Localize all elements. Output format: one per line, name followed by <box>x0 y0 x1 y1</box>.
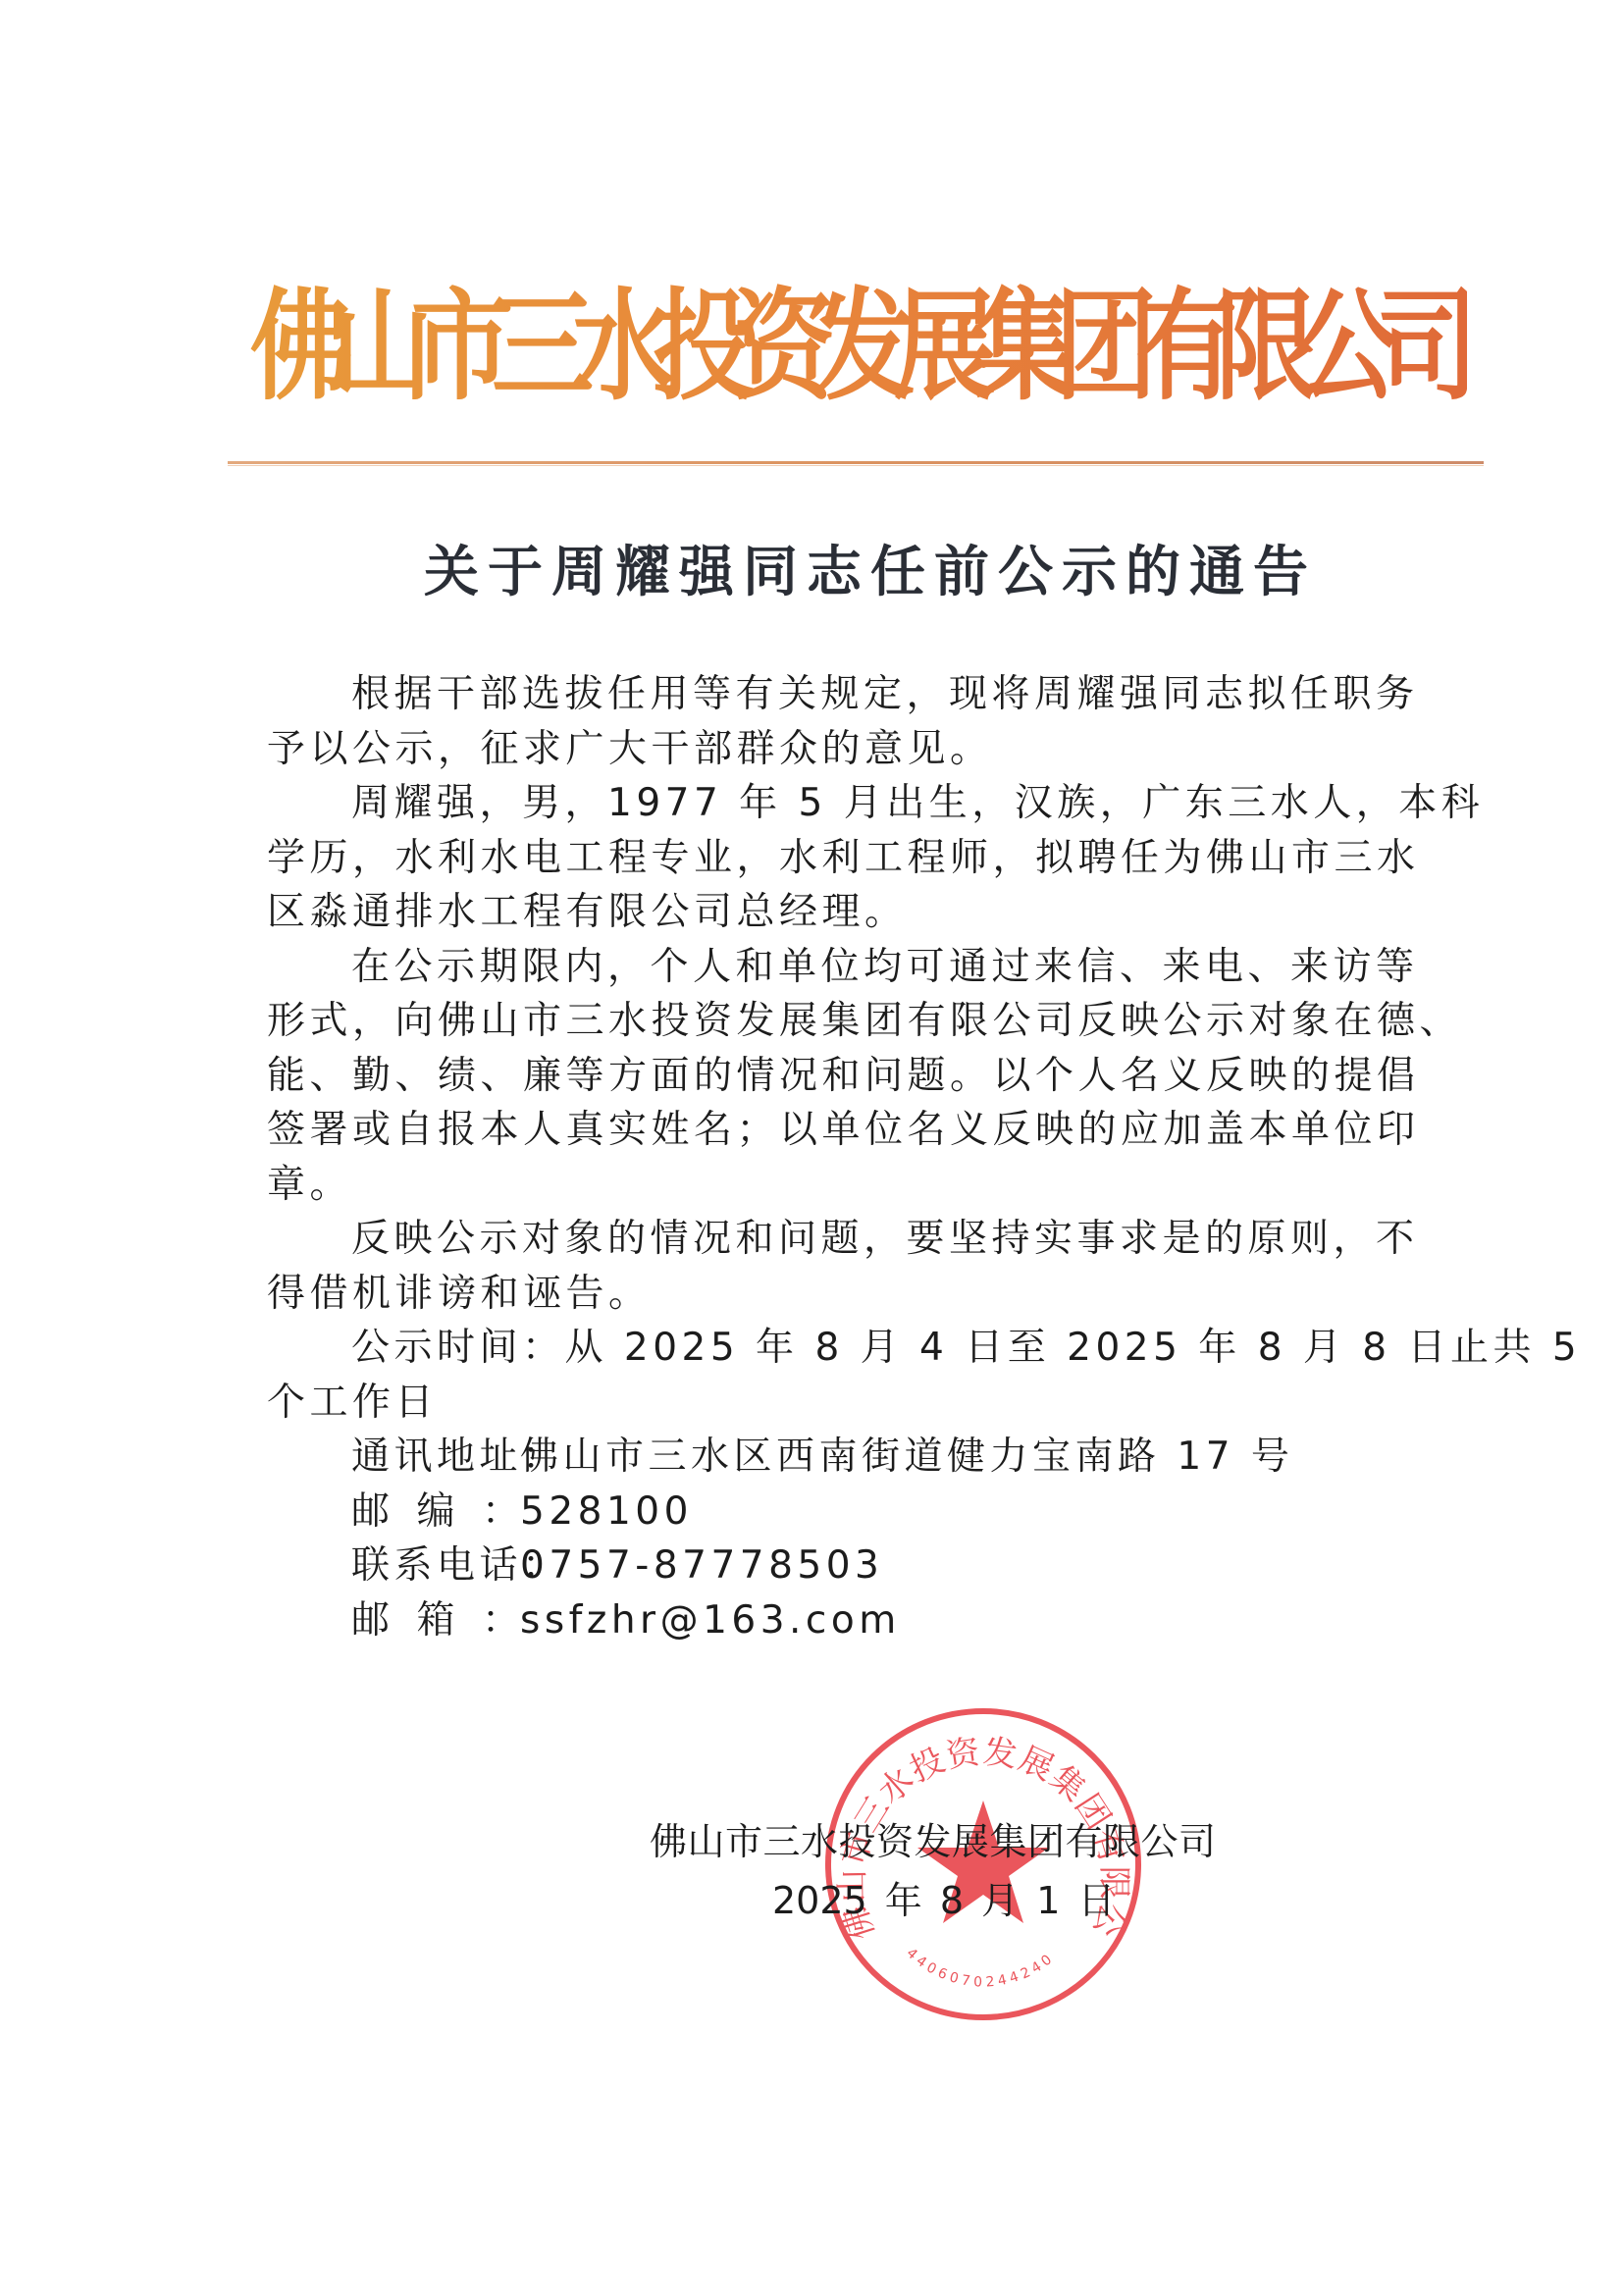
publicity-period-line: 公示时间：从 2025 年 8 月 4 日至 2025 年 8 月 8 日止共 … <box>267 1321 1427 1376</box>
contact-label: 联系电话： <box>351 1539 520 1593</box>
paragraph-line: 反映公示对象的情况和问题，要坚持实事求是的原则，不 <box>267 1212 1427 1267</box>
signature-date: 2025 年 8 月 1 日 <box>772 1876 1115 1925</box>
paragraph-line: 形式，向佛山市三水投资发展集团有限公司反映公示对象在德、 <box>267 994 1427 1049</box>
contact-label: 邮编： <box>351 1485 520 1539</box>
seal-code: 4406070244240 <box>903 1946 1058 1991</box>
notice-body: 根据干部选拔任用等有关规定，现将周耀强同志拟任职务 予以公示，征求广大干部群众的… <box>267 667 1427 1647</box>
contact-value: 佛山市三水区西南街道健力宝南路 17 号 <box>520 1435 1293 1479</box>
contact-email: 邮箱：ssfzhr@163.com <box>267 1593 1427 1648</box>
contact-phone: 联系电话：0757-87778503 <box>267 1539 1427 1593</box>
notice-title: 关于周耀强同志任前公示的通告 <box>424 540 1278 604</box>
paragraph-line: 得借机诽谤和诬告。 <box>267 1267 1427 1322</box>
contact-value: 0757-87778503 <box>520 1543 883 1588</box>
masthead-title: 佛山市三水投资发展集团有限公司 <box>250 271 1467 421</box>
contact-label: 邮箱： <box>351 1593 520 1648</box>
document-page: 佛山市三水投资发展集团有限公司 关于周耀强同志任前公示的通告 根据干部选拔任用等… <box>0 0 1623 2296</box>
contact-address: 通讯地址：佛山市三水区西南街道健力宝南路 17 号 <box>267 1430 1427 1485</box>
paragraph-line: 章。 <box>267 1158 1427 1213</box>
paragraph-line: 签署或自报本人真实姓名；以单位名义反映的应加盖本单位印 <box>267 1103 1427 1158</box>
paragraph-line: 在公示期限内，个人和单位均可通过来信、来电、来访等 <box>267 940 1427 995</box>
contact-label: 通讯地址： <box>351 1430 520 1485</box>
paragraph-line: 区淼通排水工程有限公司总经理。 <box>267 885 1427 940</box>
contact-value: ssfzhr@163.com <box>520 1598 901 1643</box>
paragraph-line: 予以公示，征求广大干部群众的意见。 <box>267 722 1427 777</box>
masthead-divider <box>228 461 1484 464</box>
signature-organization: 佛山市三水投资发展集团有限公司 <box>650 1817 1140 1866</box>
paragraph-line: 周耀强，男，1977 年 5 月出生，汉族，广东三水人，本科 <box>267 776 1427 831</box>
svg-text:4406070244240: 4406070244240 <box>903 1946 1058 1991</box>
paragraph-line: 根据干部选拔任用等有关规定，现将周耀强同志拟任职务 <box>267 667 1427 722</box>
publicity-period-line: 个工作日 <box>267 1376 1427 1431</box>
paragraph-line: 能、勤、绩、廉等方面的情况和问题。以个人名义反映的提倡 <box>267 1049 1427 1104</box>
contact-postcode: 邮编：528100 <box>267 1485 1427 1539</box>
contact-value: 528100 <box>520 1489 693 1534</box>
paragraph-line: 学历，水利水电工程专业，水利工程师，拟聘任为佛山市三水 <box>267 831 1427 886</box>
